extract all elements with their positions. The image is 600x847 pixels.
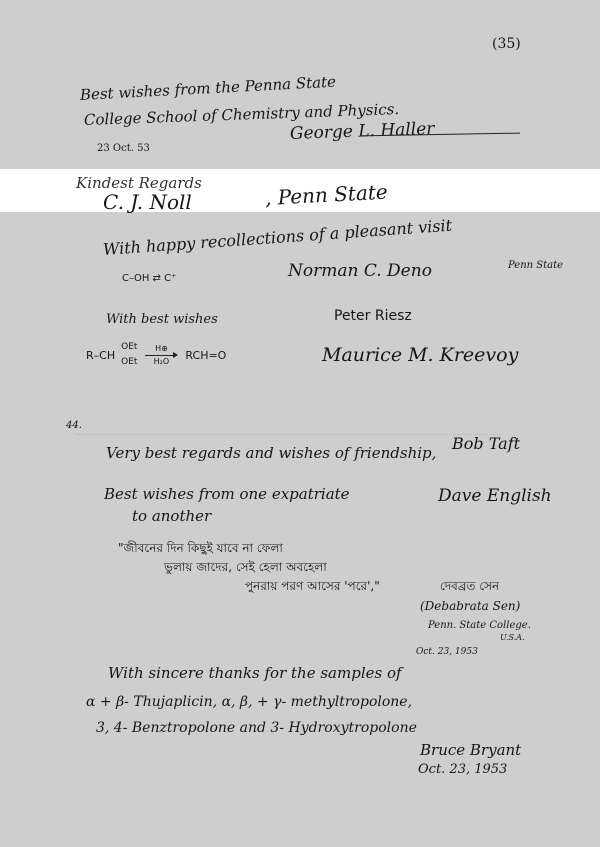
- entry-line: With sincere thanks for the samples of: [108, 666, 402, 681]
- reagent-top: H⊕: [155, 345, 168, 353]
- reactant-branches: OEt OEt: [121, 343, 137, 367]
- entry-line: Best wishes from the Penna State: [80, 75, 337, 103]
- branch-top: OEt: [121, 343, 137, 352]
- entry-date: Oct. 23, 1953: [418, 763, 507, 776]
- signature: (Debabrata Sen): [420, 600, 520, 612]
- entry-line: With best wishes: [106, 313, 218, 326]
- bengali-line: পুনরায় পরণ আসের 'পরে',": [245, 580, 380, 592]
- entry-line: α + β- Thujaplicin, α, β, + γ- methyltro…: [86, 695, 412, 709]
- signature: Peter Riesz: [334, 309, 412, 323]
- product: RCH=O: [185, 350, 226, 361]
- signature: Bruce Bryant: [420, 743, 521, 758]
- affiliation: , Penn State: [264, 182, 388, 208]
- entry-line: 3, 4- Benztropolone and 3- Hydroxytropol…: [96, 721, 417, 735]
- entry-line: Very best regards and wishes of friendsh…: [106, 446, 436, 461]
- arrow-icon: [145, 355, 177, 356]
- entry-line: to another: [132, 509, 211, 524]
- bengali-line: "জীবনের দিন কিছুই যাবে না ফেলা: [118, 542, 283, 554]
- entry-date: Oct. 23, 1953: [416, 648, 478, 657]
- affiliation: Penn. State College.: [428, 621, 531, 631]
- entry-date: 23 Oct. 53: [97, 144, 150, 154]
- signature: C. J. Noll: [103, 192, 192, 212]
- affiliation: Penn State: [508, 261, 563, 271]
- dotted-rule: [75, 434, 500, 436]
- country: U.S.A.: [500, 634, 525, 642]
- signature: George L. Haller: [290, 121, 435, 143]
- margin-number: 44.: [66, 421, 82, 431]
- signature-bengali: দেবব্রত সেন: [440, 580, 499, 592]
- chemical-reaction: R–CH OEt OEt H⊕ H₂O RCH=O: [86, 343, 226, 367]
- signature: Norman C. Deno: [288, 263, 432, 280]
- signature: Maurice M. Kreevoy: [322, 346, 518, 365]
- chemical-equation: C–OH ⇄ C⁺: [122, 274, 176, 284]
- branch-bottom: OEt: [121, 358, 137, 367]
- entry-line: With happy recollections of a pleasant v…: [102, 218, 452, 258]
- autograph-page: (35) Best wishes from the Penna State Co…: [0, 0, 600, 847]
- entry-line: Best wishes from one expatriate: [104, 487, 350, 502]
- reagent-bottom: H₂O: [154, 358, 170, 366]
- reactant: R–CH: [86, 350, 115, 361]
- signature: Dave English: [438, 488, 552, 505]
- entry-line: Kindest Regards: [76, 176, 202, 191]
- page-number: (35): [492, 37, 521, 51]
- reaction-arrow: H⊕ H₂O: [145, 345, 177, 366]
- bengali-line: ভুলায় জাদের, সেই হেলা অবহেলা: [164, 561, 327, 573]
- signature: Bob Taft: [452, 436, 520, 452]
